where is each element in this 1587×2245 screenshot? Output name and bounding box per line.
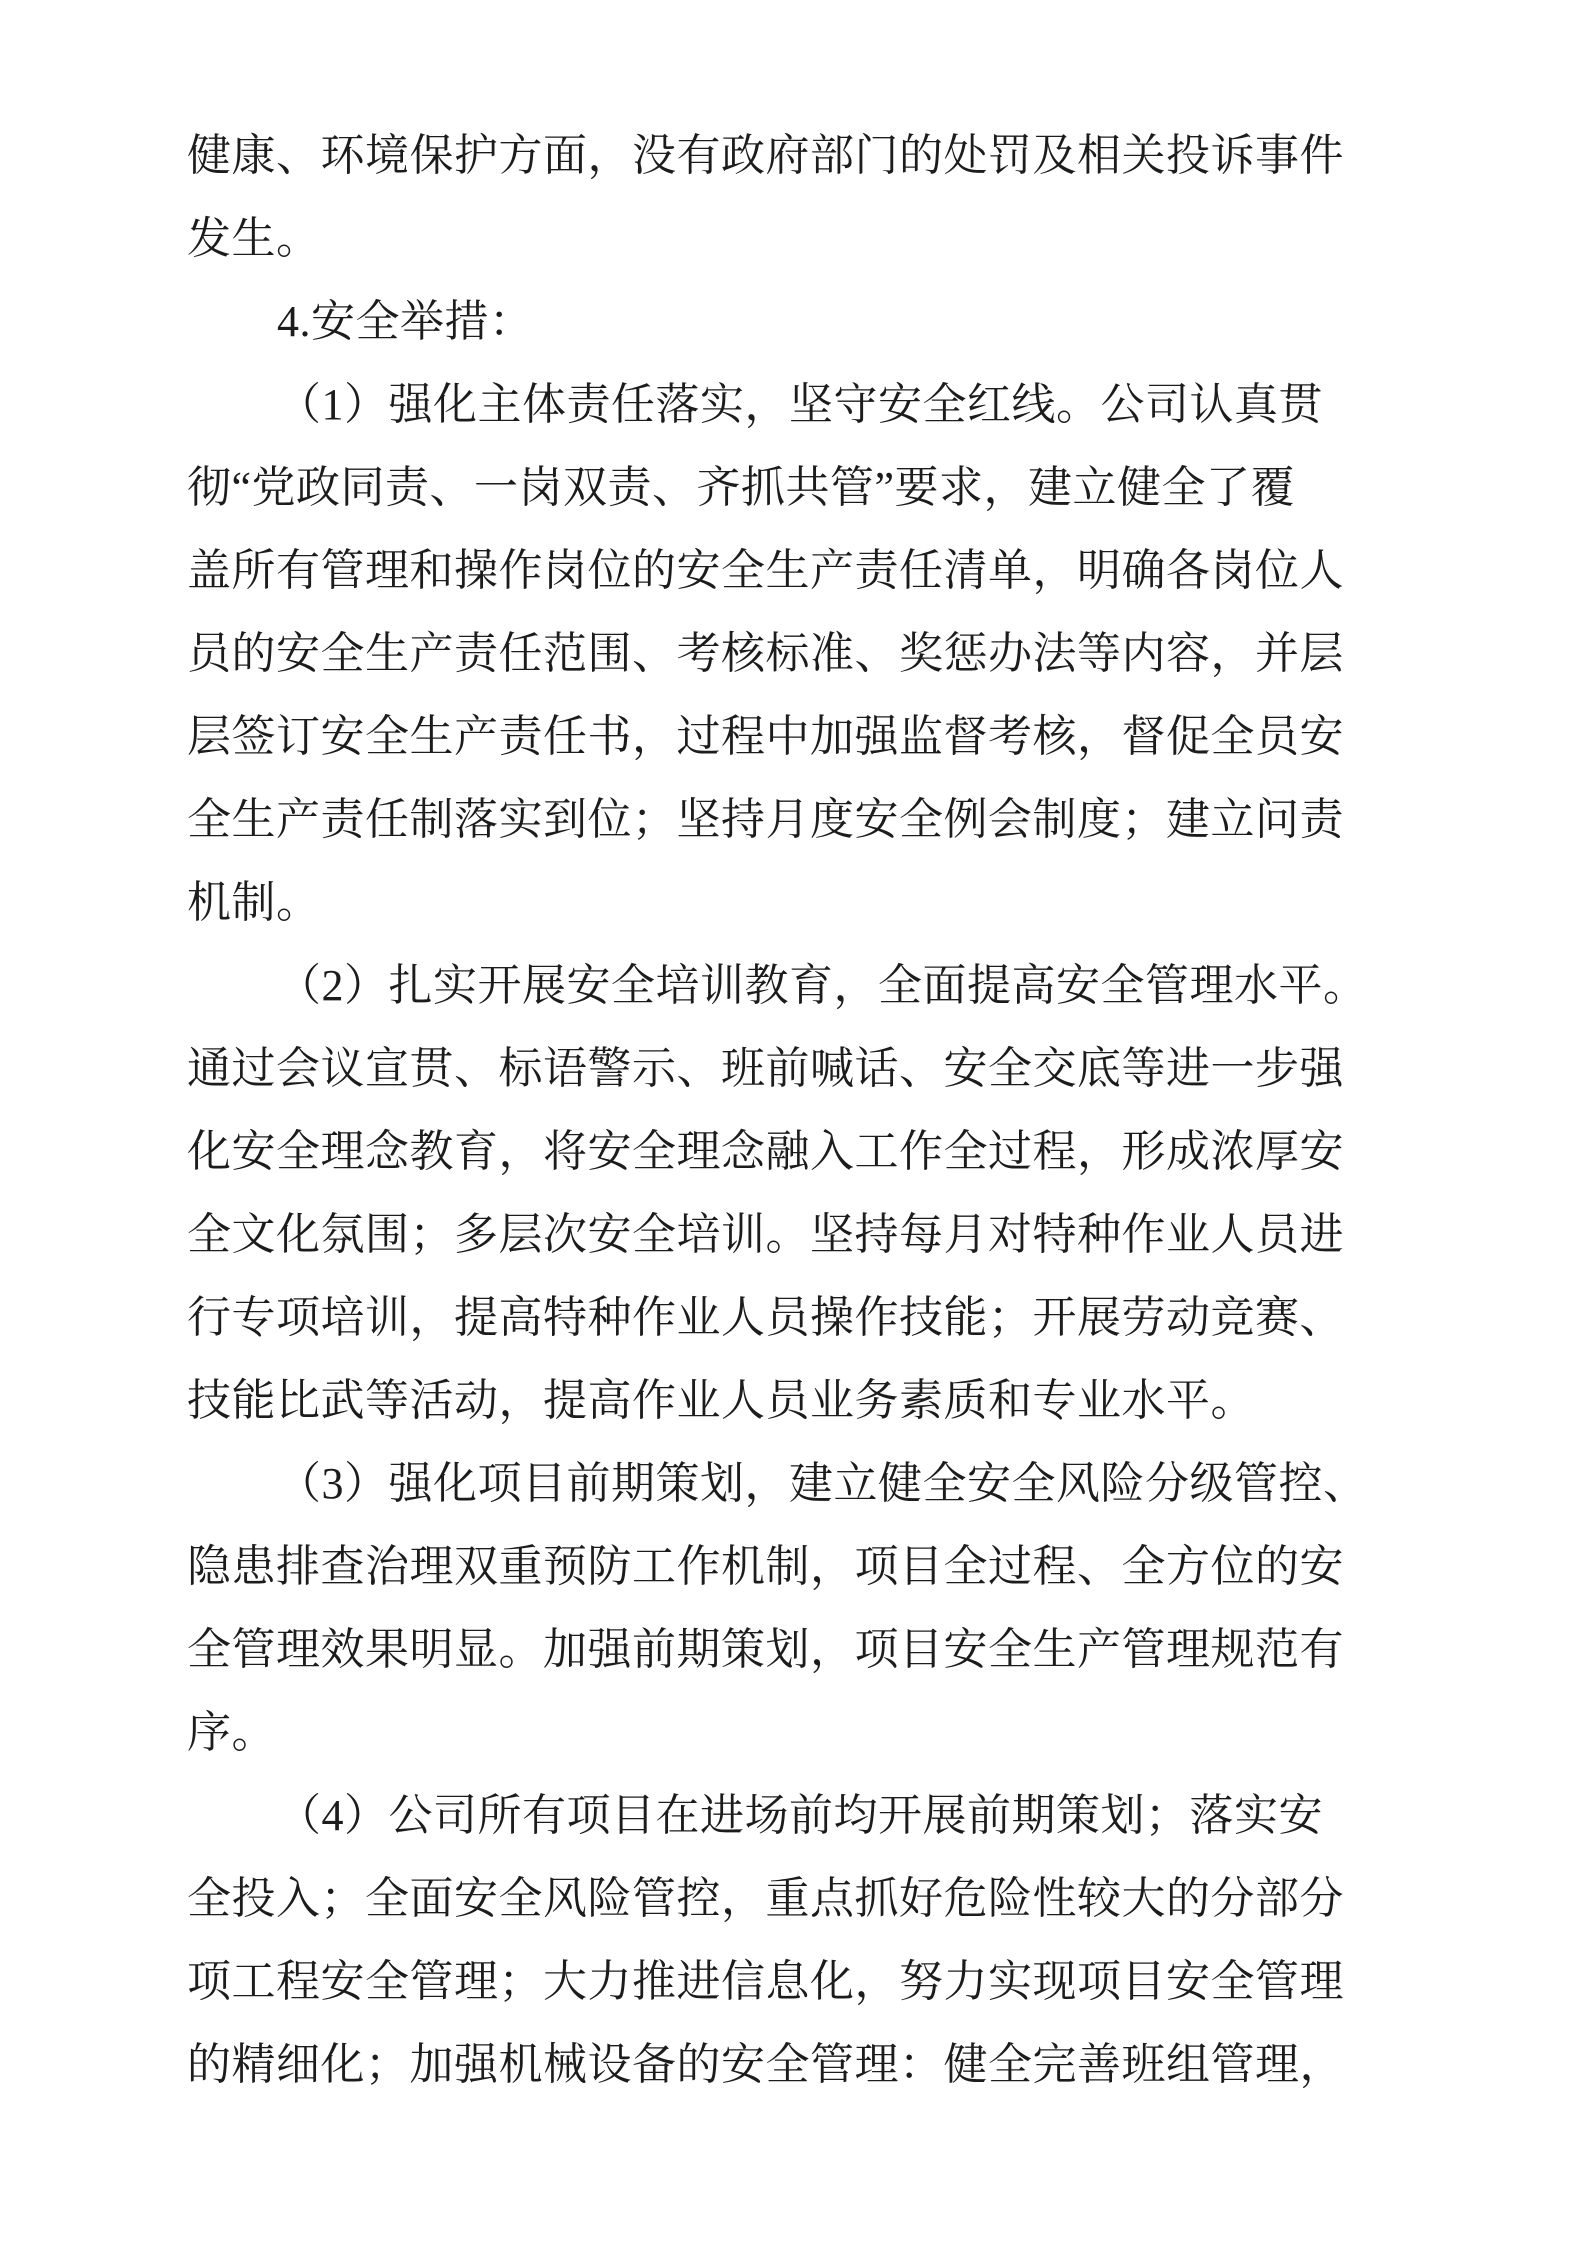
text-line: 健康、环境保护方面，没有政府部门的处罚及相关投诉事件	[187, 114, 1377, 197]
text-line: 全管理效果明显。加强前期策划，项目安全生产管理规范有	[187, 1608, 1377, 1691]
text-line: 全文化氛围；多层次安全培训。坚持每月对特种作业人员进	[187, 1193, 1377, 1276]
paragraph-item-3: （3）强化项目前期策划，建立健全安全风险分级管控、隐患排查治理双重预防工作机制，…	[187, 1442, 1377, 1774]
text-line: （1）强化主体责任落实，坚守安全红线。公司认真贯	[187, 363, 1377, 446]
text-line: 的精细化；加强机械设备的安全管理：健全完善班组管理，	[187, 2023, 1377, 2106]
text-line: 机制。	[187, 861, 1377, 944]
paragraph-continuation: 健康、环境保护方面，没有政府部门的处罚及相关投诉事件发生。	[187, 114, 1377, 280]
text-line: 行专项培训，提高特种作业人员操作技能；开展劳动竞赛、	[187, 1276, 1377, 1359]
text-line: 通过会议宣贯、标语警示、班前喊话、安全交底等进一步强	[187, 1027, 1377, 1110]
document-body: 健康、环境保护方面，没有政府部门的处罚及相关投诉事件发生。4.安全举措：（1）强…	[187, 114, 1377, 2106]
text-line: 彻“党政同责、一岗双责、齐抓共管”要求，建立健全了覆	[187, 446, 1377, 529]
text-line: 4.安全举措：	[187, 280, 1377, 363]
text-line: 技能比武等活动，提高作业人员业务素质和专业水平。	[187, 1359, 1377, 1442]
text-line: 发生。	[187, 197, 1377, 280]
text-line: （2）扎实开展安全培训教育，全面提高安全管理水平。	[187, 944, 1377, 1027]
text-line: （3）强化项目前期策划，建立健全安全风险分级管控、	[187, 1442, 1377, 1525]
text-line: 序。	[187, 1691, 1377, 1774]
text-line: 隐患排查治理双重预防工作机制，项目全过程、全方位的安	[187, 1525, 1377, 1608]
text-line: 层签订安全生产责任书，过程中加强监督考核，督促全员安	[187, 695, 1377, 778]
document-page: 健康、环境保护方面，没有政府部门的处罚及相关投诉事件发生。4.安全举措：（1）强…	[0, 0, 1587, 2245]
text-line: 盖所有管理和操作岗位的安全生产责任清单，明确各岗位人	[187, 529, 1377, 612]
paragraph-heading-4: 4.安全举措：	[187, 280, 1377, 363]
paragraph-item-2: （2）扎实开展安全培训教育，全面提高安全管理水平。通过会议宣贯、标语警示、班前喊…	[187, 944, 1377, 1442]
text-line: （4）公司所有项目在进场前均开展前期策划；落实安	[187, 1774, 1377, 1857]
paragraph-item-1: （1）强化主体责任落实，坚守安全红线。公司认真贯彻“党政同责、一岗双责、齐抓共管…	[187, 363, 1377, 944]
text-line: 项工程安全管理；大力推进信息化，努力实现项目安全管理	[187, 1940, 1377, 2023]
text-line: 化安全理念教育，将安全理念融入工作全过程，形成浓厚安	[187, 1110, 1377, 1193]
paragraph-item-4: （4）公司所有项目在进场前均开展前期策划；落实安全投入；全面安全风险管控，重点抓…	[187, 1774, 1377, 2106]
text-line: 全投入；全面安全风险管控，重点抓好危险性较大的分部分	[187, 1857, 1377, 1940]
text-line: 员的安全生产责任范围、考核标准、奖惩办法等内容，并层	[187, 612, 1377, 695]
text-line: 全生产责任制落实到位；坚持月度安全例会制度；建立问责	[187, 778, 1377, 861]
